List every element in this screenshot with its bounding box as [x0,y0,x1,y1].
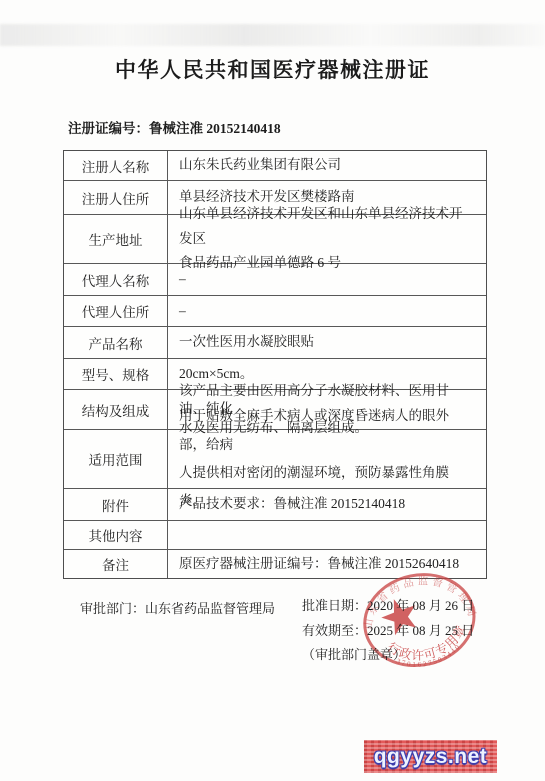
table-row: 代理人名称 – [64,263,486,295]
table-row: 产品名称 一次性医用水凝胶眼贴 [64,326,486,358]
row-value: 产品技术要求：鲁械注准 20152140418 [168,489,486,520]
table-row: 适用范围 用于贴敷全麻手术病人或深度昏迷病人的眼外部，给病 人提供相对密闭的潮湿… [64,429,486,488]
watermark-text: qgyyzs.net [374,745,488,769]
row-value: 原医疗器械注册证编号：鲁械注准 20152640418 [168,550,486,578]
row-label: 结构及组成 [64,390,168,429]
row-value: 用于贴敷全麻手术病人或深度昏迷病人的眼外部，给病 人提供相对密闭的潮湿环境，预防… [168,430,486,488]
row-value: 一次性医用水凝胶眼贴 [168,327,486,358]
table-row: 备注 原医疗器械注册证编号：鲁械注准 20152640418 [64,549,486,578]
row-value: 山东单县经济技术开发区和山东单县经济技术开发区 食品药品产业园单德路 6 号 [168,215,486,263]
certificate-title: 中华人民共和国医疗器械注册证 [0,54,545,84]
row-label: 代理人名称 [64,264,168,295]
registration-number-line: 注册证编号：鲁械注准 20152140418 [68,117,281,137]
certificate-page: 中华人民共和国医疗器械注册证 注册证编号：鲁械注准 20152140418 注册… [0,0,545,781]
certificate-table: 注册人名称 山东朱氏药业集团有限公司 注册人住所 单县经济技术开发区樊楼路南 生… [63,150,487,579]
approval-department: 审批部门：山东省药品监督管理局 [80,598,275,617]
row-value: – [168,296,486,326]
row-label: 注册人名称 [64,151,168,180]
valid-until-date: 有效期至：2025 年 08 月 25 日 [302,619,474,644]
table-row: 注册人名称 山东朱氏药业集团有限公司 [64,151,486,180]
row-label: 型号、规格 [64,359,168,389]
row-label: 产品名称 [64,327,168,358]
scan-artifact-band [0,24,545,46]
approval-date: 批准日期：2020 年 08 月 26 日 [302,594,474,619]
row-value: 山东朱氏药业集团有限公司 [168,151,486,180]
row-value [168,521,486,549]
table-row: 其他内容 [64,520,486,549]
row-label: 其他内容 [64,521,168,549]
row-label: 注册人住所 [64,181,168,214]
row-label: 附件 [64,489,168,520]
table-row: 代理人住所 – [64,295,486,326]
table-row: 生产地址 山东单县经济技术开发区和山东单县经济技术开发区 食品药品产业园单德路 … [64,214,486,263]
row-label: 备注 [64,550,168,578]
site-watermark: qgyyzs.net [364,740,497,773]
row-label: 适用范围 [64,430,168,488]
row-label: 代理人住所 [64,296,168,326]
row-label: 生产地址 [64,215,168,263]
row-value: – [168,264,486,295]
table-row: 附件 产品技术要求：鲁械注准 20152140418 [64,488,486,520]
seal-note: （审批部门盖章） [302,643,474,668]
approval-dates-block: 批准日期：2020 年 08 月 26 日 有效期至：2025 年 08 月 2… [302,594,474,668]
